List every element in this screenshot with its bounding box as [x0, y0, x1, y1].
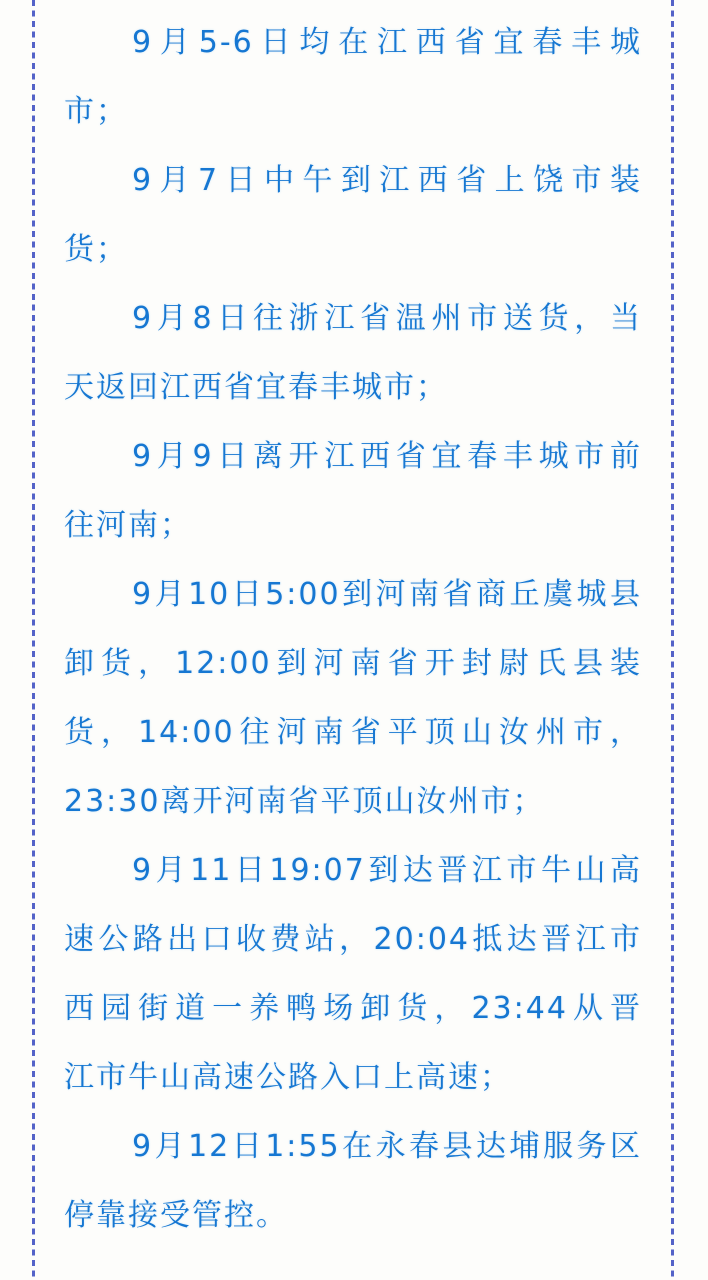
itinerary-paragraph-7-line-2: 停靠接受管控。 [64, 1181, 642, 1250]
itinerary-paragraph-5-line-3: 货，14:00往河南省平顶山汝州市， [64, 698, 642, 767]
itinerary-paragraph-2-line-2: 货； [64, 215, 642, 284]
itinerary-paragraph-6-line-1: 9月11日19:07到达晋江市牛山高 [64, 836, 642, 905]
itinerary-paragraph-1-line-2: 市； [64, 77, 642, 146]
itinerary-text-body: 9月5-6日均在江西省宜春丰城市；9月7日中午到江西省上饶市装货；9月8日往浙江… [64, 8, 642, 1250]
itinerary-paragraph-5-line-1: 9月10日5:00到河南省商丘虞城县 [64, 560, 642, 629]
itinerary-paragraph-6-line-4: 江市牛山高速公路入口上高速； [64, 1043, 642, 1112]
itinerary-paragraph-7-line-1: 9月12日1:55在永春县达埔服务区 [64, 1112, 642, 1181]
itinerary-paragraph-2-line-1: 9月7日中午到江西省上饶市装 [64, 146, 642, 215]
itinerary-paragraph-3-line-1: 9月8日往浙江省温州市送货，当 [64, 284, 642, 353]
itinerary-paragraph-1-line-1: 9月5-6日均在江西省宜春丰城 [64, 8, 642, 77]
right-dashed-border [671, 0, 674, 1280]
left-dashed-border [32, 0, 35, 1280]
article-page: 9月5-6日均在江西省宜春丰城市；9月7日中午到江西省上饶市装货；9月8日往浙江… [0, 0, 708, 1280]
itinerary-paragraph-5-line-4: 23:30离开河南省平顶山汝州市； [64, 767, 642, 836]
itinerary-paragraph-6-line-3: 西园街道一养鸭场卸货，23:44从晋 [64, 974, 642, 1043]
itinerary-paragraph-6-line-2: 速公路出口收费站，20:04抵达晋江市 [64, 905, 642, 974]
itinerary-paragraph-4-line-1: 9月9日离开江西省宜春丰城市前 [64, 422, 642, 491]
itinerary-paragraph-5-line-2: 卸货，12:00到河南省开封尉氏县装 [64, 629, 642, 698]
itinerary-paragraph-4-line-2: 往河南； [64, 491, 642, 560]
itinerary-paragraph-3-line-2: 天返回江西省宜春丰城市； [64, 353, 642, 422]
